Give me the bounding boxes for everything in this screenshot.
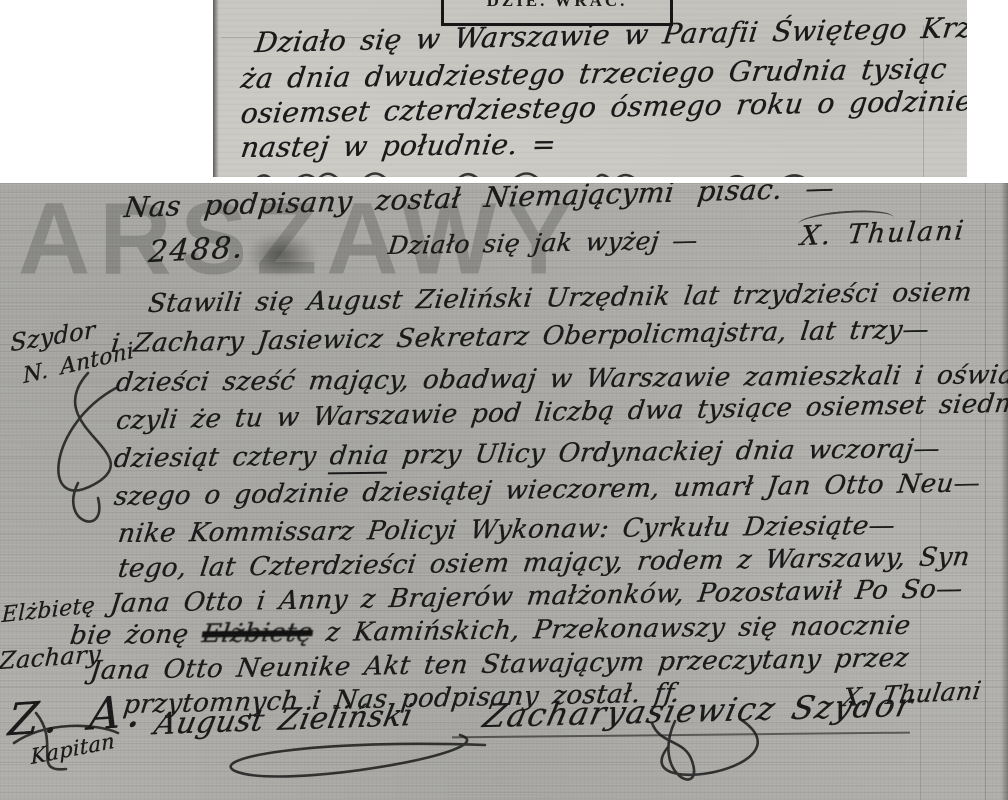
handwritten-line: szego o godzinie dziesiątej wieczorem, u… bbox=[112, 468, 982, 512]
official-signature-top: X. Thulani bbox=[799, 215, 967, 252]
header-scan-strip: DZIE. WRAC. Działo się w Warszawie w Par… bbox=[213, 0, 967, 177]
margin-insert: Zachary bbox=[0, 640, 102, 675]
handwritten-line: Jana Otto Neunike Akt ten Stawającym prz… bbox=[88, 643, 910, 686]
ink-smudge bbox=[246, 233, 318, 277]
flourish-stroke bbox=[590, 713, 850, 800]
flourish-stroke bbox=[18, 333, 188, 543]
handwritten-line: nike Kommissarz Policyi Wykonaw: Cyrkułu… bbox=[116, 511, 897, 549]
handwritten-line: Działo się jak wyżej — bbox=[386, 226, 699, 260]
flourish-stroke bbox=[150, 723, 530, 800]
line-segment: przy Ulicy Ordynackiej dnia wczoraj— bbox=[387, 434, 942, 471]
archival-scan: DZIE. WRAC. Działo się w Warszawie w Par… bbox=[0, 0, 1008, 800]
record-scan: ARSZAWY Nas podpisany został Niemającymi… bbox=[0, 183, 1008, 800]
registry-stamp: DZIE. WRAC. bbox=[441, 0, 673, 26]
scan-edge-left bbox=[213, 0, 219, 177]
clipped-writing-stroke bbox=[253, 163, 893, 177]
flourish-stroke bbox=[6, 703, 126, 783]
official-signature: X. Thulani bbox=[840, 676, 983, 713]
underlined-word: dnia bbox=[328, 441, 391, 475]
handwritten-line: nastej w południe. = bbox=[239, 128, 558, 164]
line-segment: z Kamińskich, Przekonawszy się naocznie bbox=[310, 611, 912, 648]
record-number: 2488. bbox=[147, 230, 246, 270]
handwritten-line: i Zachary Jasiewicz Sekretarz Oberpolicm… bbox=[109, 315, 930, 359]
registry-stamp-text: DZIE. WRAC. bbox=[444, 0, 670, 11]
handwritten-line: dziesiąt cztery dnia przy Ulicy Ordynack… bbox=[112, 434, 942, 474]
struck-word: Elżbietę bbox=[200, 618, 314, 649]
line-segment: dziesiąt cztery bbox=[112, 441, 332, 474]
scan-edge-right bbox=[1001, 183, 1008, 800]
ruled-margin-line bbox=[985, 183, 986, 800]
